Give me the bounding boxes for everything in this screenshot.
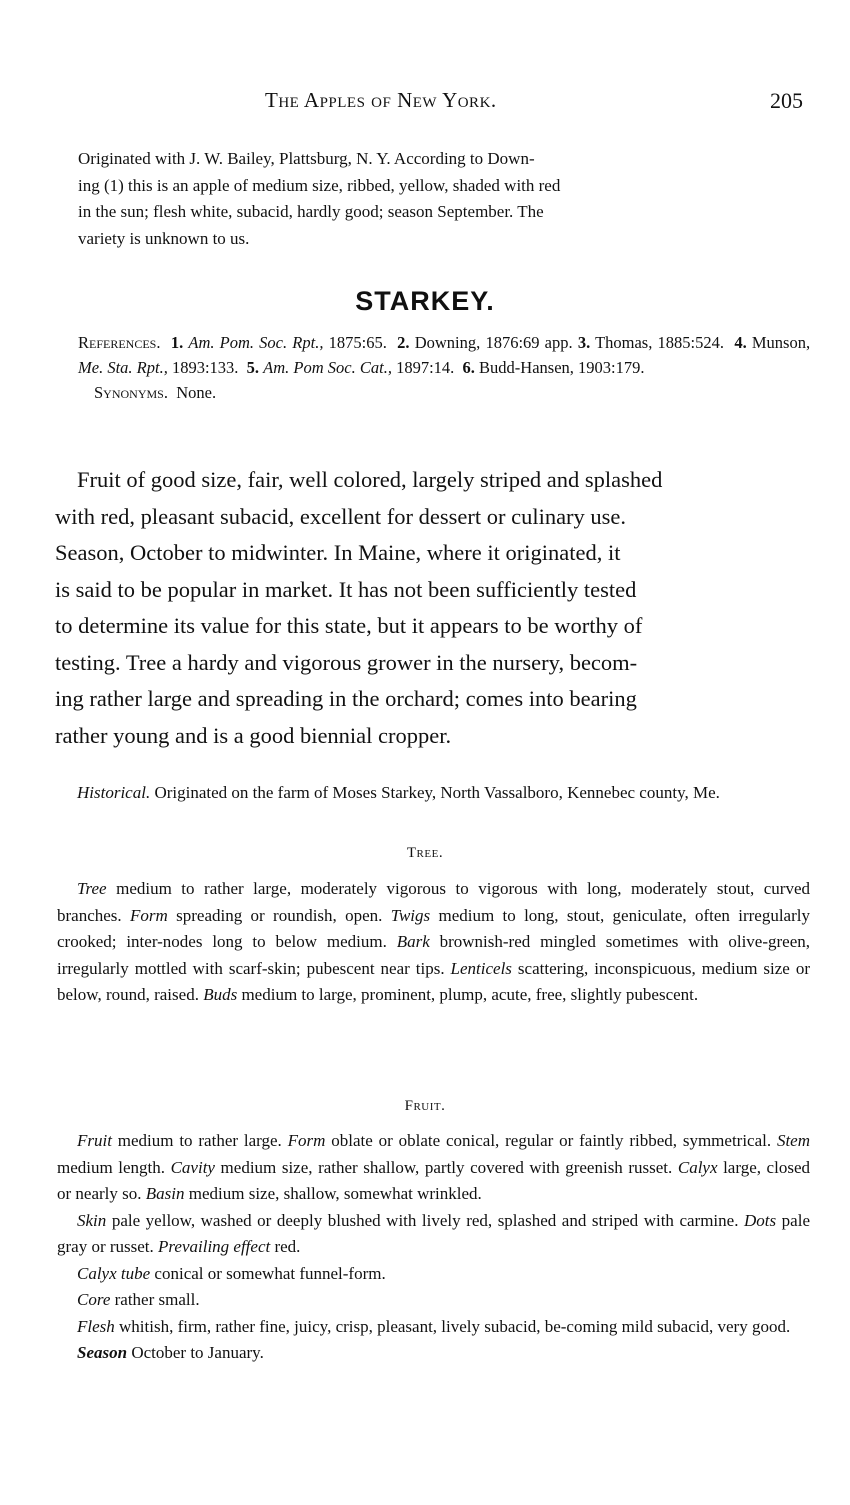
term: Tree	[77, 879, 107, 898]
term: Calyx tube	[77, 1264, 150, 1283]
historical-text: Originated on the farm of Moses Starkey,…	[154, 783, 719, 802]
term: Lenticels	[451, 959, 512, 978]
references-block: References. 1. Am. Pom. Soc. Rpt., 1875:…	[78, 330, 810, 405]
ref-num: 2.	[397, 333, 409, 352]
ref-num: 4.	[734, 333, 746, 352]
term: Skin	[77, 1211, 106, 1230]
term-text: medium size, rather shallow, partly cove…	[215, 1158, 678, 1177]
term-text: medium length.	[57, 1158, 171, 1177]
term: Bark	[397, 932, 430, 951]
fruit-heading: Fruit.	[0, 1098, 850, 1115]
term: Basin	[146, 1184, 185, 1203]
ref-source: Thomas,	[595, 333, 652, 352]
tree-paragraph: Tree medium to rather large, moderately …	[57, 876, 810, 1009]
ref-num: 6.	[463, 358, 475, 377]
ref-cite: 1875:65.	[329, 333, 387, 352]
synonyms-value: None.	[176, 383, 216, 402]
ref-num: 1.	[171, 333, 183, 352]
synonyms-label: Synonyms.	[94, 383, 168, 402]
flesh-description: Flesh whitish, firm, rather fine, juicy,…	[57, 1314, 810, 1341]
term: Twigs	[391, 906, 430, 925]
term: Season	[77, 1343, 127, 1362]
term: Form	[130, 906, 168, 925]
term-text: rather small.	[110, 1290, 199, 1309]
skin-description: Skin pale yellow, washed or deeply blush…	[57, 1208, 810, 1261]
intro-paragraph: Originated with J. W. Bailey, Plattsburg…	[78, 146, 810, 252]
summary-line: testing. Tree a hardy and vigorous growe…	[55, 645, 810, 682]
ref-source-italic: Me. Sta. Rpt.,	[78, 358, 168, 377]
summary-line: rather young and is a good biennial crop…	[55, 718, 810, 755]
term-text: medium to rather large.	[112, 1131, 288, 1150]
term-text: medium size, shallow, somewhat wrinkled.	[185, 1184, 482, 1203]
term: Fruit	[77, 1131, 112, 1150]
term: Form	[288, 1131, 326, 1150]
term-text: red.	[270, 1237, 300, 1256]
term: Core	[77, 1290, 110, 1309]
term: Stem	[777, 1131, 810, 1150]
intro-line: ing (1) this is an apple of medium size,…	[78, 173, 810, 200]
tree-heading: Tree.	[0, 845, 850, 862]
fruit-paragraphs: Fruit medium to rather large. Form oblat…	[57, 1128, 810, 1367]
term: Buds	[203, 985, 237, 1004]
intro-line: Originated with J. W. Bailey, Plattsburg…	[78, 146, 810, 173]
term-text: whitish, firm, rather fine, juicy, crisp…	[115, 1317, 790, 1336]
season-description: Season October to January.	[57, 1340, 810, 1367]
historical-paragraph: Historical. Originated on the farm of Mo…	[57, 780, 810, 807]
intro-line: in the sun; flesh white, subacid, hardly…	[78, 199, 810, 226]
summary-line: Season, October to midwinter. In Maine, …	[55, 535, 810, 572]
ref-cite: 1893:133.	[172, 358, 238, 377]
summary-line: Fruit of good size, fair, well colored, …	[55, 462, 810, 499]
summary-line: with red, pleasant subacid, excellent fo…	[55, 499, 810, 536]
summary-line: to determine its value for this state, b…	[55, 608, 810, 645]
references-label: References.	[78, 333, 160, 352]
intro-line: variety is unknown to us.	[78, 226, 810, 253]
page-number: 205	[770, 88, 803, 114]
ref-source: Downing,	[415, 333, 481, 352]
ref-source: Am. Pom. Soc. Rpt.,	[188, 333, 323, 352]
summary-paragraph: Fruit of good size, fair, well colored, …	[55, 462, 810, 754]
ref-source: Munson,	[752, 333, 810, 352]
calyx-tube-description: Calyx tube conical or somewhat funnel-fo…	[57, 1261, 810, 1288]
term: Flesh	[77, 1317, 115, 1336]
ref-cite: 1885:524.	[658, 333, 724, 352]
core-description: Core rather small.	[57, 1287, 810, 1314]
running-header: The Apples of New York. 205	[0, 88, 850, 118]
term: Prevailing effect	[158, 1237, 270, 1256]
ref-cite: 1897:14.	[396, 358, 454, 377]
ref-source: Am. Pom Soc. Cat.,	[263, 358, 392, 377]
term-text: spreading or roundish, open.	[168, 906, 391, 925]
running-title: The Apples of New York.	[265, 88, 497, 113]
ref-cite: 1876:69 app.	[485, 333, 572, 352]
ref-num: 3.	[578, 333, 590, 352]
term-text: October to January.	[127, 1343, 264, 1362]
summary-line: ing rather large and spreading in the or…	[55, 681, 810, 718]
ref-num: 5.	[247, 358, 259, 377]
term-text: oblate or oblate conical, regular or fai…	[325, 1131, 777, 1150]
ref-source: Budd-Hansen,	[479, 358, 574, 377]
historical-label: Historical.	[77, 783, 150, 802]
term-text: pale yellow, washed or deeply blushed wi…	[106, 1211, 744, 1230]
ref-cite: 1903:179.	[578, 358, 644, 377]
variety-title: STARKEY.	[0, 286, 850, 317]
term: Calyx	[678, 1158, 718, 1177]
term-text: medium to large, prominent, plump, acute…	[237, 985, 698, 1004]
summary-line: is said to be popular in market. It has …	[55, 572, 810, 609]
term-text: conical or somewhat funnel-form.	[150, 1264, 386, 1283]
term: Cavity	[171, 1158, 215, 1177]
book-page: The Apples of New York. 205 Originated w…	[0, 0, 850, 1505]
fruit-description: Fruit medium to rather large. Form oblat…	[57, 1128, 810, 1208]
term: Dots	[744, 1211, 776, 1230]
